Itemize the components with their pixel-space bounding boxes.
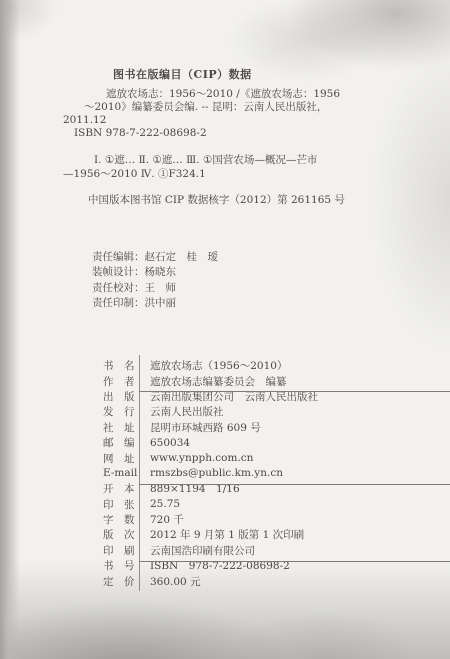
- staff-name: 洪中丽: [145, 297, 177, 309]
- colophon-label: 社 址: [103, 420, 139, 435]
- staff-name: 王 师: [145, 282, 177, 294]
- staff-role: 责任印制：: [92, 297, 145, 309]
- colophon-row: 网 址www.ynpph.com.cn: [103, 450, 448, 465]
- colophon-label: 印 刷: [103, 543, 139, 558]
- staff-role: 责任编辑：: [92, 251, 145, 263]
- colophon-value: 云南国浩印刷有限公司: [139, 543, 255, 558]
- colophon-label: 书 名: [103, 358, 139, 373]
- colophon-row: 版 次2012 年 9 月第 1 版第 1 次印刷: [103, 527, 448, 542]
- cip-classification-block: Ⅰ. ①遮… Ⅱ. ①遮… Ⅲ. ①国营农场—概况—芒市 —1956～2010 …: [63, 153, 373, 181]
- colophon-row: 印 张25.75: [103, 497, 448, 512]
- colophon-label: 作 者: [103, 374, 139, 389]
- staff-name: 赵石定 桂 瑷: [145, 251, 219, 263]
- colophon-label: 出 版: [103, 389, 139, 404]
- staff-name: 杨晓东: [145, 266, 177, 278]
- colophon-label: 定 价: [103, 574, 139, 589]
- cip-entry-line: ISBN 978-7-222-08698-2: [74, 127, 363, 140]
- colophon-value: 遮放农场志（1956～2010）: [139, 358, 287, 373]
- colophon-row: 发 行云南人民出版社: [103, 404, 448, 419]
- colophon-row: 书 名遮放农场志（1956～2010）: [103, 358, 448, 373]
- colophon-row: 社 址昆明市环城西路 609 号: [103, 420, 448, 435]
- colophon-row: 作 者遮放农场志编纂委员会 编纂: [103, 373, 448, 388]
- colophon-label: 发 行: [103, 404, 139, 419]
- cip-entry-line: 遮放农场志：1956～2010 /《遮放农场志：1956: [106, 88, 363, 101]
- colophon-row: 定 价360.00 元: [103, 573, 448, 588]
- colophon-label: E-mail: [103, 467, 139, 479]
- cip-entry-block: 遮放农场志：1956～2010 /《遮放农场志：1956 ～2010》编纂委员会…: [63, 88, 363, 140]
- colophon-row: 邮 编650034: [103, 435, 448, 450]
- colophon-label: 印 张: [103, 497, 139, 512]
- colophon-row: 印 刷云南国浩印刷有限公司: [103, 543, 448, 558]
- staff-credits-block: 责任编辑：赵石定 桂 瑷 装帧设计：杨晓东 责任校对：王 师 责任印制：洪中丽: [92, 250, 218, 312]
- colophon-value: 遮放农场志编纂委员会 编纂: [139, 374, 287, 389]
- staff-line: 责任印制：洪中丽: [92, 296, 218, 311]
- colophon-row: 字 数720 千: [103, 512, 448, 527]
- colophon-value: www.ynpph.com.cn: [139, 452, 253, 464]
- scanned-book-copyright-page: 图书在版编目（CIP）数据 遮放农场志：1956～2010 /《遮放农场志：19…: [0, 0, 450, 659]
- staff-role: 责任校对：: [92, 282, 145, 294]
- colophon-value: 360.00 元: [139, 574, 201, 589]
- colophon-label: 版 次: [103, 527, 139, 542]
- colophon-value: rmszbs@public.km.yn.cn: [139, 467, 283, 479]
- cip-record-number: 中国版本图书馆 CIP 数据核字（2012）第 261165 号: [88, 192, 345, 207]
- colophon-label: 书 号: [103, 558, 139, 573]
- section-divider-line: [139, 561, 450, 562]
- cip-classification-line: Ⅰ. ①遮… Ⅱ. ①遮… Ⅲ. ①国营农场—概况—芒市: [94, 153, 373, 167]
- cip-entry-line: 2011.12: [63, 114, 363, 127]
- colophon-row: E-mailrmszbs@public.km.yn.cn: [103, 466, 448, 481]
- staff-line: 装帧设计：杨晓东: [92, 265, 218, 280]
- colophon-table: 书 名遮放农场志（1956～2010） 作 者遮放农场志编纂委员会 编纂 出 版…: [103, 358, 448, 589]
- staff-line: 责任编辑：赵石定 桂 瑷: [92, 250, 218, 265]
- colophon-value: 昆明市环城西路 609 号: [139, 420, 261, 435]
- staff-role: 装帧设计：: [92, 266, 145, 278]
- colophon-value: 25.75: [139, 498, 180, 510]
- cip-classification-line: —1956～2010 Ⅳ. ①F324.1: [63, 167, 373, 181]
- cip-heading: 图书在版编目（CIP）数据: [113, 66, 252, 82]
- cip-entry-line: ～2010》编纂委员会编. -- 昆明：云南人民出版社，: [84, 101, 363, 114]
- colophon-value: 云南人民出版社: [139, 404, 224, 419]
- colophon-label: 网 址: [103, 451, 139, 466]
- colophon-label: 邮 编: [103, 435, 139, 450]
- colophon-value: 720 千: [139, 512, 184, 527]
- section-divider-line: [139, 391, 450, 392]
- colophon-value: 2012 年 9 月第 1 版第 1 次印刷: [139, 527, 304, 542]
- colophon-label: 字 数: [103, 512, 139, 527]
- section-divider-line: [139, 484, 450, 485]
- colophon-label: 开 本: [103, 481, 139, 496]
- staff-line: 责任校对：王 师: [92, 281, 218, 296]
- colophon-value: 650034: [139, 437, 190, 449]
